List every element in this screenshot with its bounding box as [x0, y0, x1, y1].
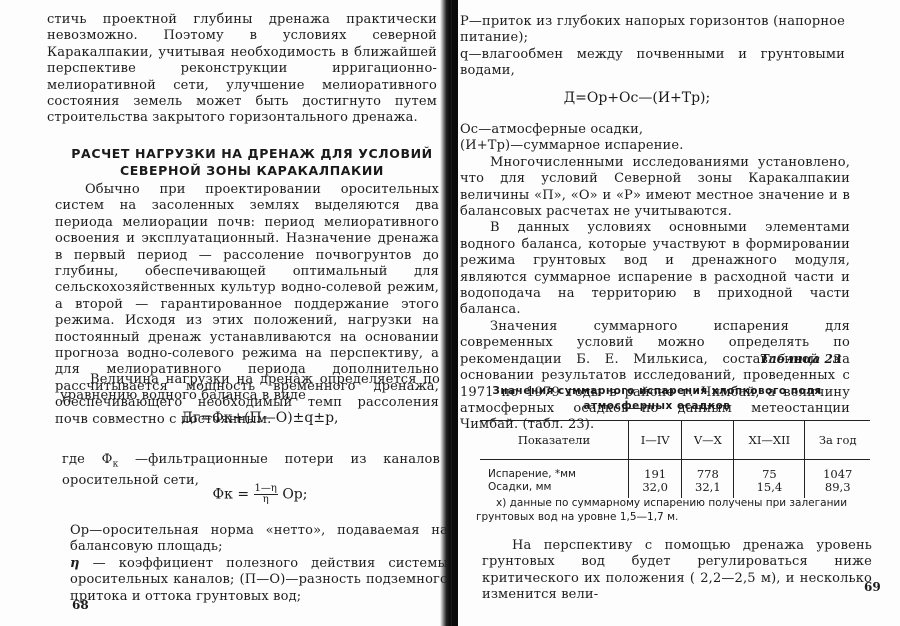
column-header: I—IV [629, 421, 682, 460]
paragraph-text: Многочисленными исследованиями установле… [460, 155, 850, 221]
fraction: 1—η η [254, 484, 278, 505]
column-header: XI—XII [734, 421, 805, 460]
section-heading-line: СЕВЕРНОЙ ЗОНЫ КАРАКАЛПАКИИ [62, 162, 442, 179]
paragraph-text: На перспективу с помощью дренажа уровень… [482, 538, 872, 604]
evaporation-table: Показатели I—IV V—X XI—XII За год Испаре… [480, 420, 870, 498]
paragraph-perspective: На перспективу с помощью дренажа уровень… [482, 538, 872, 604]
row-label: Испарение, *мм [488, 468, 624, 481]
table-footnote: x) данные по суммарному испарению получе… [476, 497, 866, 524]
definition-op: Ор—оросительная норма «нетто», подаваема… [70, 523, 448, 556]
paragraph-water-balance: Величина нагрузки на дренаж определяется… [60, 372, 440, 405]
cell-value: 15,4 [738, 481, 800, 494]
row-labels: Испарение, *мм Осадки, мм [480, 460, 629, 499]
table-title: Значения суммарного испарения хлопкового… [492, 384, 822, 414]
formula-lhs: Фк = [213, 487, 250, 503]
formula-rhs: Ор; [282, 487, 307, 503]
section-heading: РАСЧЕТ НАГРУЗКИ НА ДРЕНАЖ ДЛЯ УСЛОВИЙ СЕ… [62, 145, 442, 179]
table-title-line: Значения суммарного испарения хлопкового… [492, 384, 822, 399]
definition-text: —фильтрационные потери из каналов оросит… [62, 452, 440, 488]
definition-q: q—влагообмен между почвенными и грунтовы… [460, 47, 845, 80]
definition-oc: Ос—атмосферные осадки, [460, 122, 850, 138]
fraction-denominator: η [254, 495, 278, 505]
paragraph-text: В данных условиях основными элементами в… [460, 220, 850, 318]
page-number-left: 68 [72, 598, 89, 612]
table-cell: 1047 89,3 [805, 460, 870, 499]
page-number-right: 69 [864, 580, 881, 594]
definitions-top: P—приток из глубоких напорых горизонтов … [460, 14, 845, 80]
definition-text: — коэффициент полезного действия системы… [70, 556, 448, 604]
formula-drainage-load: Дг=Фк+(П—О)±q±p, [120, 410, 400, 426]
table-title-line: атмосферных осадков [492, 399, 822, 414]
table-header-row: Показатели I—IV V—X XI—XII За год [480, 421, 870, 460]
section-heading-line: РАСЧЕТ НАГРУЗКИ НА ДРЕНАЖ ДЛЯ УСЛОВИЙ [62, 145, 442, 162]
row-label: Осадки, мм [488, 481, 624, 494]
definition-p: P—приток из глубоких напорых горизонтов … [460, 14, 845, 47]
table-cell: 778 32,1 [682, 460, 734, 499]
formula-filtration: Фк = 1—η η Ор; [180, 484, 340, 505]
cell-value: 32,0 [633, 481, 677, 494]
column-header: V—X [682, 421, 734, 460]
paragraph-text: Значения суммарного испарения для соврем… [460, 319, 850, 434]
page-edge-shadow [452, 0, 458, 626]
cell-value: 89,3 [809, 481, 866, 494]
right-page: P—приток из глубоких напорых горизонтов … [452, 0, 900, 626]
formula-balance: Д=Ор+Ос—(И+Тр); [512, 90, 762, 106]
column-header: Показатели [480, 421, 629, 460]
continuation-paragraph: стичь проектной глубины дренажа практиче… [47, 12, 437, 127]
left-page: стичь проектной глубины дренажа практиче… [0, 0, 452, 626]
where-label: где Ф [62, 452, 113, 467]
paragraph-text: Величина нагрузки на дренаж определяется… [60, 372, 440, 405]
table-row: Испарение, *мм Осадки, мм 191 32,0 778 3… [480, 460, 870, 499]
paragraph-text: стичь проектной глубины дренажа практиче… [47, 12, 437, 127]
definition-itr: (И+Тр)—суммарное испарение. [460, 138, 850, 154]
column-header: За год [805, 421, 870, 460]
table-cell: 75 15,4 [734, 460, 805, 499]
definition-eta: η — коэффициент полезного действия систе… [70, 556, 448, 605]
eta-symbol: η [70, 556, 80, 571]
table-caption: Таблица 23 [760, 352, 841, 366]
table-cell: 191 32,0 [629, 460, 682, 499]
cell-value: 32,1 [686, 481, 729, 494]
definitions-block: Ор—оросительная норма «нетто», подаваема… [70, 523, 448, 605]
